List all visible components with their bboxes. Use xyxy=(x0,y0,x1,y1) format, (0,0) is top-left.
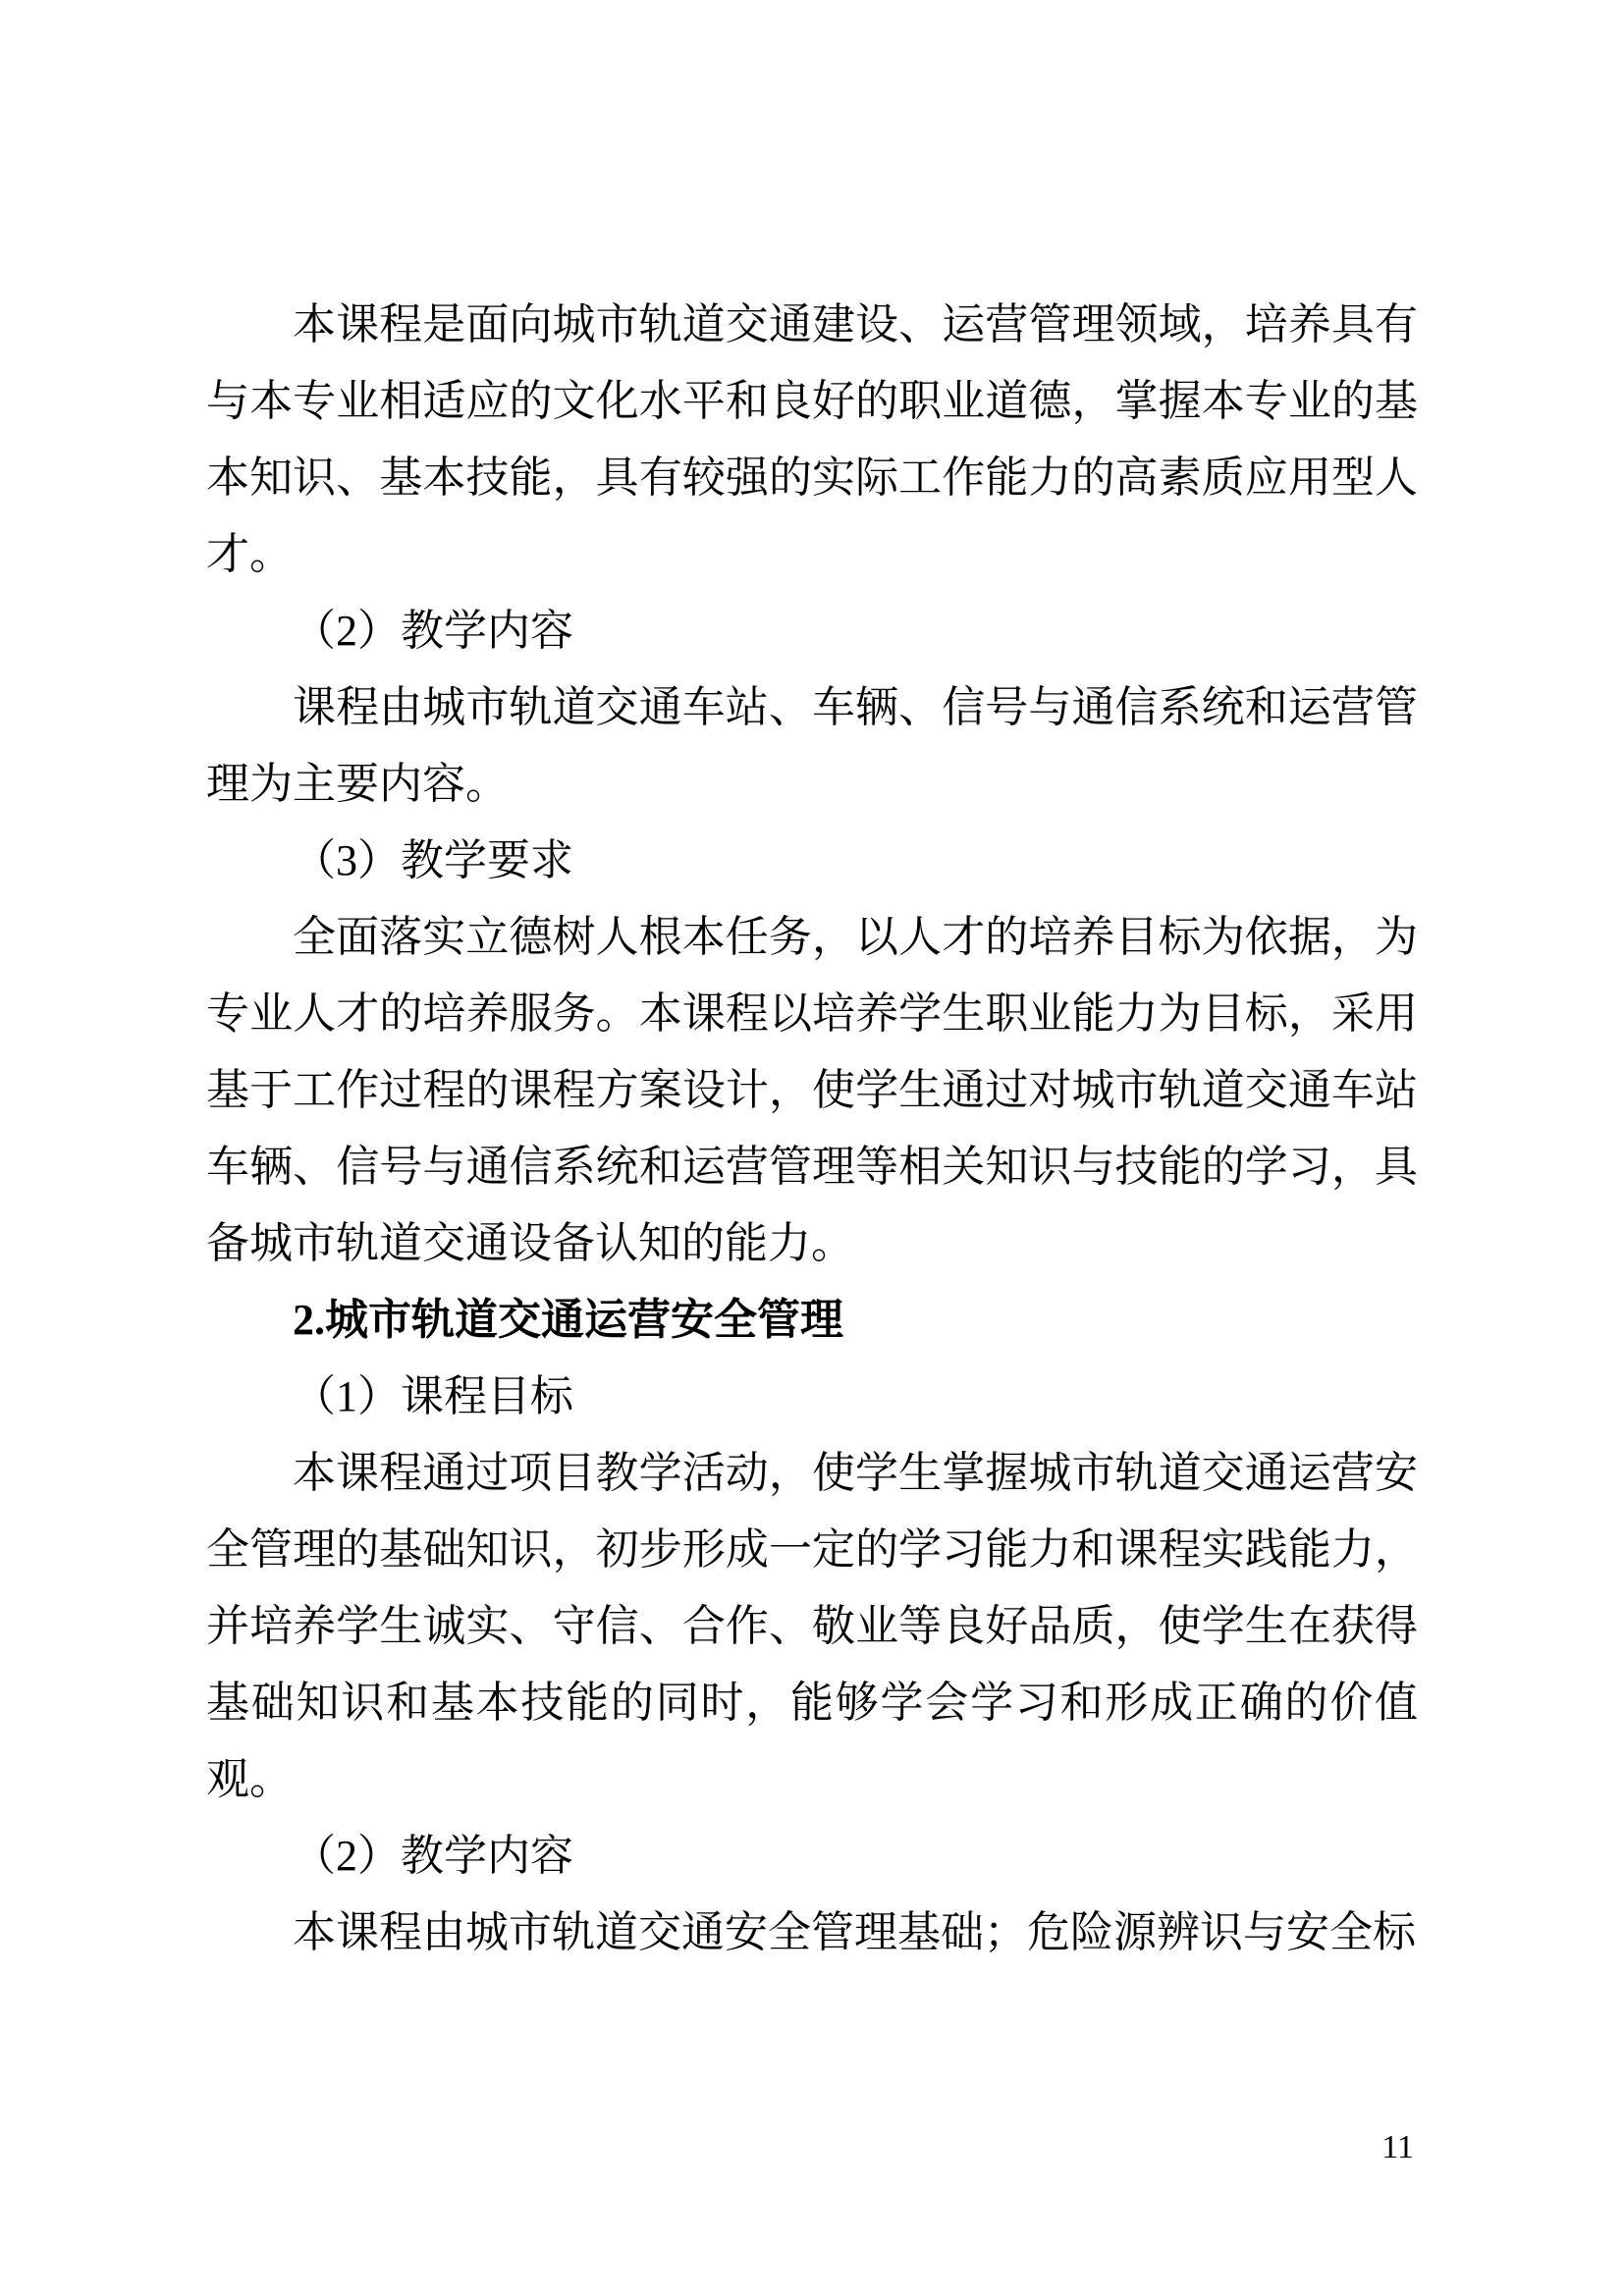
document-page: 本课程是面向城市轨道交通建设、运营管理领域，培养具有与本专业相适应的文化水平和良… xyxy=(0,0,1624,2296)
paragraph-teaching-requirements: 全面落实立德树人根本任务，以人才的培养目标为依据，为专业人才的培养服务。本课程以… xyxy=(206,899,1418,1282)
paragraph-course-description: 本课程是面向城市轨道交通建设、运营管理领域，培养具有与本专业相适应的文化水平和良… xyxy=(206,287,1418,593)
subheading-teaching-requirements: （3）教学要求 xyxy=(206,823,1418,899)
subheading-course-objectives: （1）课程目标 xyxy=(206,1359,1418,1435)
paragraph-course-content-2: 本课程由城市轨道交通安全管理基础；危险源辨识与安全标 xyxy=(206,1895,1418,1971)
page-number: 11 xyxy=(1381,2128,1414,2167)
subheading-teaching-content-2: （2）教学内容 xyxy=(206,1818,1418,1895)
section-heading-operation-safety-management: 2.城市轨道交通运营安全管理 xyxy=(206,1282,1418,1359)
subheading-teaching-content: （2）教学内容 xyxy=(206,593,1418,669)
document-body: 本课程是面向城市轨道交通建设、运营管理领域，培养具有与本专业相适应的文化水平和良… xyxy=(206,287,1418,1971)
paragraph-course-content: 课程由城市轨道交通车站、车辆、信号与通信系统和运营管理为主要内容。 xyxy=(206,669,1418,823)
paragraph-course-objectives: 本课程通过项目教学活动，使学生掌握城市轨道交通运营安全管理的基础知识，初步形成一… xyxy=(206,1435,1418,1818)
